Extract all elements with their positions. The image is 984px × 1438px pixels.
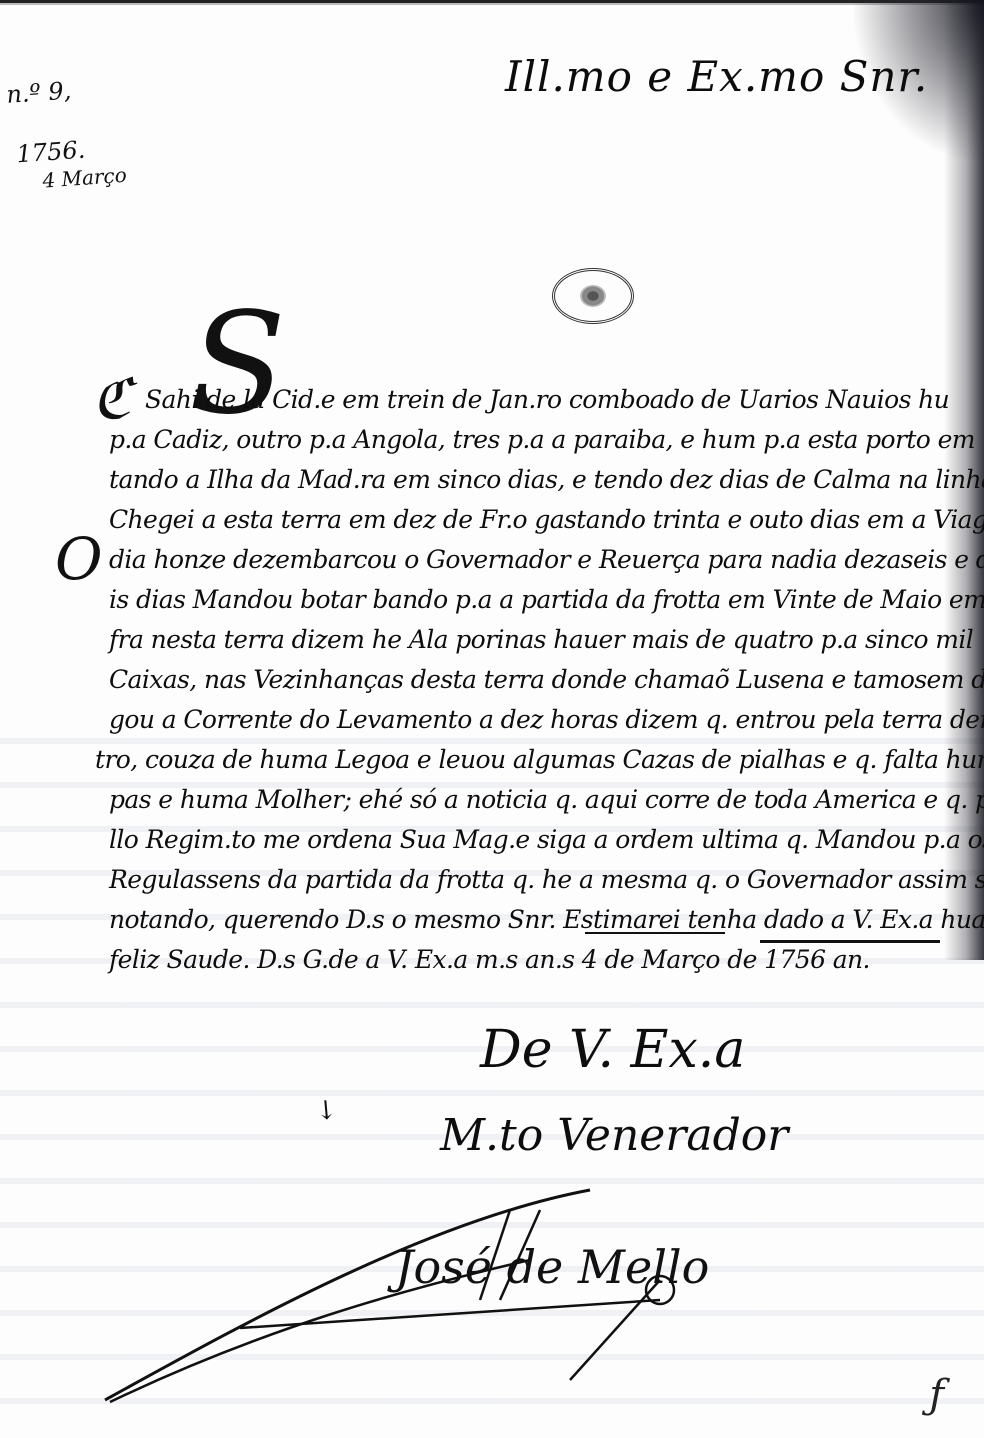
body-line: p.a Cadiz, outro p.a Angola, tres p.a a … bbox=[109, 425, 975, 454]
year-underline bbox=[760, 940, 940, 943]
body-line: notando, querendo D.s o mesmo Snr. Estim… bbox=[109, 905, 984, 934]
body-line: llo Regim.to me ordena Sua Mag.e siga a … bbox=[109, 825, 984, 854]
stamp-emblem bbox=[580, 285, 606, 307]
closing-line-2: M.to Venerador bbox=[440, 1110, 788, 1161]
body-line: pas e huma Molher; ehé só a noticia q. a… bbox=[109, 785, 984, 814]
body-line: fra nesta terra dizem he Ala porinas hau… bbox=[109, 625, 973, 654]
signature: José de Mello bbox=[100, 1180, 740, 1420]
signature-name: José de Mello bbox=[395, 1240, 709, 1294]
date-underline bbox=[585, 932, 725, 934]
flourish-c: ℭ bbox=[92, 372, 131, 428]
archive-stamp-icon bbox=[552, 268, 634, 324]
scan-top-edge bbox=[0, 0, 984, 12]
corner-mark: ƒ bbox=[929, 1372, 944, 1418]
body-line: gou a Corrente do Levamento a dez horas … bbox=[109, 705, 984, 734]
body-line: tro, couza de huma Legoa e leuou algumas… bbox=[95, 745, 984, 774]
body-line: Caixas, nas Vezinhanças desta terra dond… bbox=[109, 665, 984, 694]
margin-note-date: 4 Março bbox=[41, 160, 127, 196]
manuscript-page: n.º 9, 1756. 4 Março Ill.mo e Ex.mo Snr.… bbox=[0, 0, 984, 1438]
body-line: feliz Saude. D.s G.de a V. Ex.a m.s an.s… bbox=[109, 945, 870, 974]
signature-flourish-icon bbox=[100, 1180, 740, 1420]
closing-line-1: De V. Ex.a bbox=[480, 1020, 745, 1080]
body-line: Regulassens da partida da frotta q. he a… bbox=[109, 865, 984, 894]
body-line: Sahi de la Cid.e em trein de Jan.ro comb… bbox=[145, 385, 949, 414]
flourish-o: O bbox=[55, 530, 103, 588]
initial-letter: S bbox=[190, 295, 286, 435]
margin-note-number: n.º 9, bbox=[5, 75, 72, 109]
body-line: Chegei a esta terra em dez de Fr.o gasta… bbox=[109, 505, 984, 534]
salutation-heading: Ill.mo e Ex.mo Snr. bbox=[505, 52, 928, 101]
body-line: is dias Mandou botar bando p.a a partida… bbox=[109, 585, 984, 614]
body-line: dia honze dezembarcou o Governador e Reu… bbox=[109, 545, 984, 574]
body-line: tando a Ilha da Mad.ra em sinco dias, e … bbox=[109, 465, 984, 494]
